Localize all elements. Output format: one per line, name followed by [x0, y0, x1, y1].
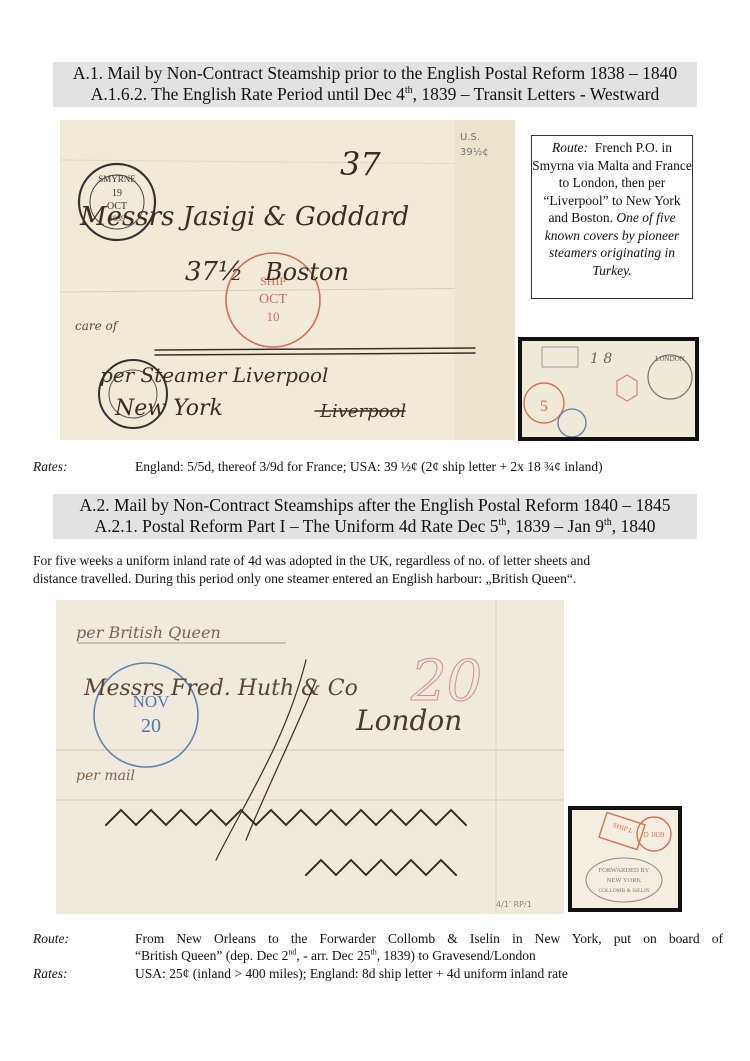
svg-text:20: 20 [410, 649, 482, 714]
svg-text:4/1' RP/1: 4/1' RP/1 [496, 900, 532, 909]
svg-text:care of: care of [75, 319, 120, 333]
section-1-subtitle: A.1.6.2. The English Rate Period until D… [53, 84, 697, 105]
forwarder-marking-inset: SHIP L D 1839 FORWARDED BY NEW YORK COLL… [568, 806, 682, 912]
route-label: Route: [552, 140, 588, 155]
svg-text:LONDON: LONDON [655, 355, 685, 363]
svg-text:5: 5 [540, 398, 548, 415]
section-2-intro: For five weeks a uniform inland rate of … [33, 552, 723, 587]
section-2-subtitle: A.2.1. Postal Reform Part I – The Unifor… [53, 516, 697, 537]
svg-text:U.S.: U.S. [460, 132, 480, 143]
svg-text:per British Queen: per British Queen [76, 623, 221, 642]
rates-text: England: 5/5d, thereof 3/9d for France; … [135, 458, 603, 475]
cover-image-new-orleans-to-london: per British Queen NOV 20 Messrs Fred. Hu… [56, 600, 564, 914]
svg-text:per mail: per mail [76, 768, 135, 784]
route-text: From New Orleans to the Forwarder Collom… [135, 930, 723, 964]
cover-reverse-inset: 1 8 5 LONDON [518, 337, 699, 441]
svg-text:20: 20 [141, 715, 161, 737]
section-2-title: A.2. Mail by Non-Contract Steamships aft… [53, 495, 697, 516]
forwarder-markings-illustration: SHIP L D 1839 FORWARDED BY NEW YORK COLL… [572, 810, 678, 908]
cover-image-smyrna-to-boston: SMYRNE 19 OCT 1839 SHIP OCT 10 Messrs Ja… [60, 120, 515, 440]
reverse-markings-illustration: 1 8 5 LONDON [522, 341, 695, 437]
rates-text: USA: 25¢ (inland > 400 miles); England: … [135, 965, 568, 982]
cover-illustration: per British Queen NOV 20 Messrs Fred. Hu… [56, 600, 564, 914]
cover-illustration: SMYRNE 19 OCT 1839 SHIP OCT 10 Messrs Ja… [60, 120, 515, 440]
section-2-rates: Rates: USA: 25¢ (inland > 400 miles); En… [33, 965, 723, 985]
section-1-heading: A.1. Mail by Non-Contract Steamship prio… [53, 62, 697, 107]
svg-text:NEW YORK: NEW YORK [607, 877, 642, 884]
route-label: Route: [33, 930, 69, 947]
svg-text:10: 10 [267, 309, 280, 324]
section-2-heading: A.2. Mail by Non-Contract Steamships aft… [53, 494, 697, 539]
svg-text:New York: New York [114, 396, 223, 421]
svg-text:COLLOMB & ISELIN: COLLOMB & ISELIN [598, 888, 649, 894]
svg-text:Boston: Boston [264, 258, 349, 286]
rates-label: Rates: [33, 458, 68, 475]
svg-text:1 8: 1 8 [590, 351, 612, 367]
svg-text:37: 37 [340, 145, 381, 183]
svg-text:39½¢: 39½¢ [460, 146, 489, 158]
svg-text:37½: 37½ [185, 257, 243, 287]
svg-text:Messrs Fred. Huth & Co: Messrs Fred. Huth & Co [83, 676, 358, 701]
rates-label: Rates: [33, 965, 68, 982]
section-1-rates: Rates: England: 5/5d, thereof 3/9d for F… [33, 458, 723, 478]
svg-text:SMYRNE: SMYRNE [98, 174, 136, 184]
svg-text:19: 19 [112, 188, 122, 199]
svg-text:D 1839: D 1839 [644, 831, 665, 839]
section-1-title: A.1. Mail by Non-Contract Steamship prio… [53, 63, 697, 84]
svg-text:Messrs Jasigi & Goddard: Messrs Jasigi & Goddard [79, 202, 409, 232]
route-note-box: Route: French P.O. in Smyrna via Malta a… [531, 135, 693, 299]
svg-text:per Steamer Liverpool: per Steamer Liverpool [100, 363, 328, 387]
svg-text:FORWARDED BY: FORWARDED BY [599, 867, 650, 874]
svg-text:OCT: OCT [259, 292, 287, 307]
